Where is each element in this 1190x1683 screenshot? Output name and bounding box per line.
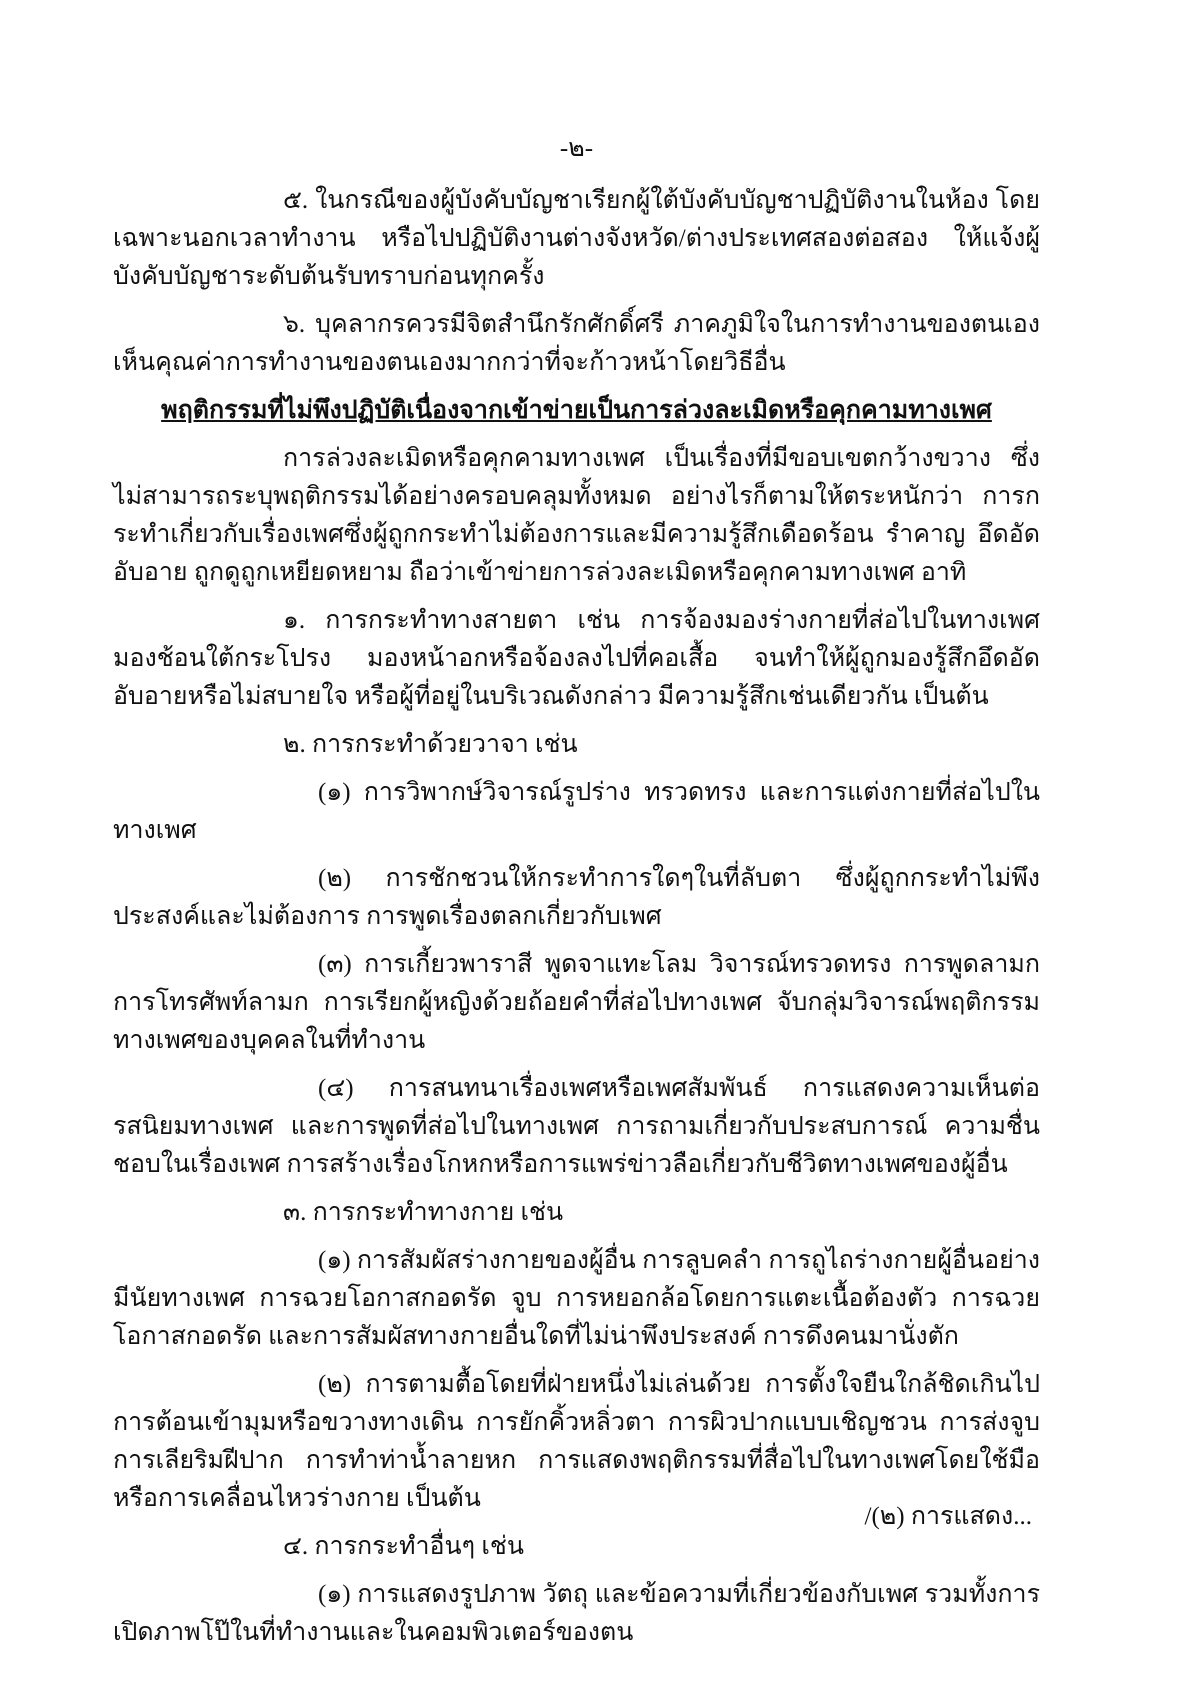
sub-item-2-3: (๓) การเกี้ยวพาราสี พูดจาแทะโลม วิจารณ์ท… [113,946,1040,1060]
document-page: -๒- ๕. ในกรณีของผู้บังคับบัญชาเรียกผู้ใต… [0,0,1190,1683]
list-item-3-physical-actions: ๓. การกระทำทางกาย เช่น [113,1194,1040,1232]
paragraph-item-5: ๕. ในกรณีของผู้บังคับบัญชาเรียกผู้ใต้บัง… [113,182,1040,296]
page-number: -๒- [113,130,1040,168]
sub-item-2-4: (๔) การสนทนาเรื่องเพศหรือเพศสัมพันธ์ การ… [113,1070,1040,1184]
sub-item-2-2: (๒) การชักชวนให้กระทำการใดๆในที่ลับตา ซึ… [113,860,1040,936]
list-item-2-verbal-actions: ๒. การกระทำด้วยวาจา เช่น [113,726,1040,764]
section-heading: พฤติกรรมที่ไม่พึงปฏิบัติเนื่องจากเข้าข่า… [113,392,1040,430]
sub-item-4-1: (๑) การแสดงรูปภาพ วัตถุ และข้อความที่เกี… [113,1576,1040,1652]
list-item-1-eye-actions: ๑. การกระทำทางสายตา เช่น การจ้องมองร่างก… [113,602,1040,716]
page-footer-continuation: /(๒) การแสดง... [865,1498,1033,1536]
paragraph-item-6: ๖. บุคลากรควรมีจิตสำนึกรักศักดิ์ศรี ภาคภ… [113,306,1040,382]
intro-paragraph: การล่วงละเมิดหรือคุกคามทางเพศ เป็นเรื่อง… [113,440,1040,592]
sub-item-3-2: (๒) การตามตื้อโดยที่ฝ่ายหนึ่งไม่เล่นด้วย… [113,1366,1040,1518]
sub-item-3-1: (๑) การสัมผัสร่างกายของผู้อื่น การลูบคลำ… [113,1242,1040,1356]
sub-item-2-1: (๑) การวิพากษ์วิจารณ์รูปร่าง ทรวดทรง และ… [113,774,1040,850]
